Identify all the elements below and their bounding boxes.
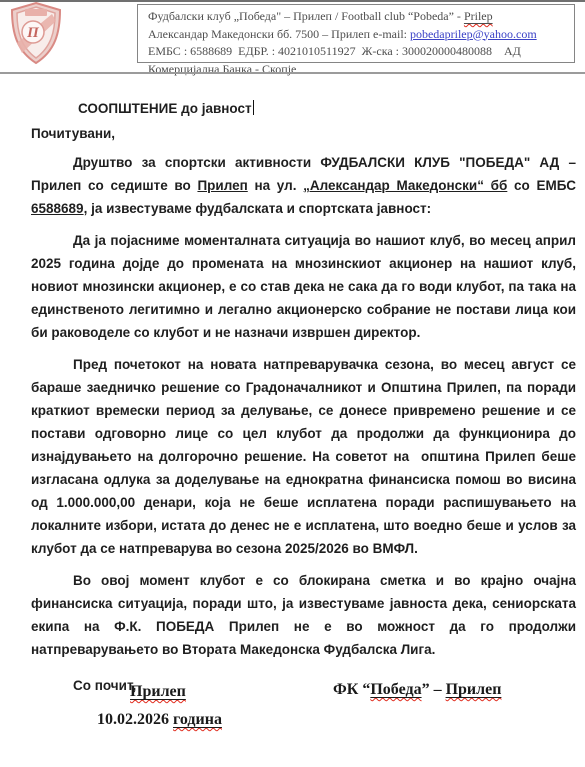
- paragraph-situation: Да ја појасниме моменталната ситуација в…: [31, 229, 576, 344]
- page-title: СООПШТЕНИЕ до јавност: [78, 97, 576, 120]
- text-segment: Прилеп: [130, 683, 186, 700]
- shield-banner-icon: [25, 9, 47, 16]
- text-segment: Да ја појасниме моменталната ситуација в…: [31, 233, 576, 340]
- text-segment: година: [173, 711, 222, 728]
- text-segment: Фудбалски клуб „Победа" – Прилеп / Footb…: [148, 9, 464, 23]
- signature-date: 10.02.2026 година: [97, 711, 222, 729]
- title-text: СООПШТЕНИЕ до јавност: [78, 101, 252, 116]
- document-page: { "colors": { "accent_red": "#d98a84", "…: [0, 0, 585, 767]
- text-segment: Prilep: [464, 9, 493, 23]
- signature-place: Прилеп: [130, 683, 186, 701]
- letterhead-box: Фудбалски клуб „Победа" – Прилеп / Footb…: [137, 4, 575, 63]
- signature-block: Прилеп ФК “Победа” – Прилеп 10.02.2026 г…: [0, 680, 585, 750]
- text-segment: 6588689: [31, 201, 84, 216]
- paragraph-withdrawal: Во овој момент клубот е со блокирана сме…: [31, 569, 576, 661]
- text-segment: „Александар Македонски“ бб: [303, 178, 507, 193]
- text-segment: ” –: [422, 681, 446, 698]
- text-segment: ФК “: [333, 681, 370, 698]
- club-crest-logo: П: [8, 1, 64, 65]
- paragraph-municipality: Пред почетокот на новата натпреварувачка…: [31, 353, 576, 560]
- paragraph-intro: Друштво за спортски активности ФУДБАЛСКИ…: [31, 151, 576, 220]
- text-segment: Прилеп: [446, 681, 502, 698]
- text-segment: Пред почетокот на новата натпреварувачка…: [31, 357, 576, 556]
- text-caret-icon: [253, 100, 255, 115]
- text-segment: на ул.: [248, 178, 303, 193]
- letterhead-club-name: Фудбалски клуб „Победа" – Прилеп / Footb…: [148, 8, 568, 26]
- text-segment: Во овој момент клубот е со блокирана сме…: [31, 573, 576, 657]
- letter-body: СООПШТЕНИЕ до јавност Почитувани, Друштв…: [0, 74, 585, 697]
- text-segment: Победа: [370, 681, 421, 698]
- crest-letter: П: [26, 25, 40, 41]
- text-segment: со ЕМБС: [507, 178, 576, 193]
- signature-club-name: ФК “Победа” – Прилеп: [333, 681, 501, 699]
- email-link[interactable]: pobedaprilep@yahoo.com: [410, 27, 537, 41]
- salutation: Почитувани,: [31, 122, 576, 145]
- text-segment: Прилеп: [197, 178, 247, 193]
- text-segment: 10.02.2026: [97, 711, 173, 728]
- page-top-rule: [0, 0, 585, 2]
- text-segment: , ја известуваме фудбалската и спортскат…: [84, 201, 432, 216]
- text-segment: Александар Македонски бб. 7500 – Прилеп …: [148, 27, 410, 41]
- letterhead-address: Александар Македонски бб. 7500 – Прилеп …: [148, 26, 568, 44]
